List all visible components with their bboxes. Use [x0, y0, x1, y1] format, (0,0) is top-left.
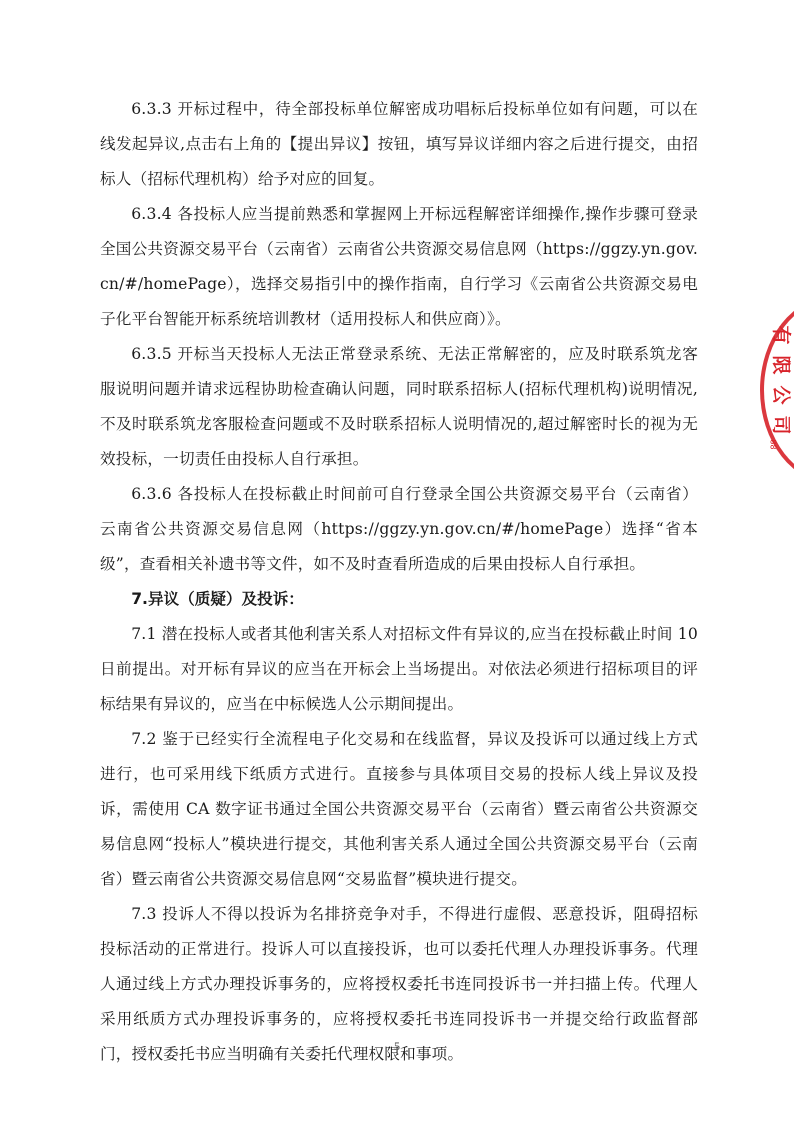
page-number: 5 — [0, 1039, 794, 1054]
document-page: 6.3.3 开标过程中，待全部投标单位解密成功唱标后投标单位如有问题，可以在线发… — [0, 0, 794, 1123]
seal-glyph: 有 — [766, 322, 794, 348]
seal-glyph: 限 — [766, 352, 794, 378]
paragraph-7-2: 7.2 鉴于已经实行全流程电子化交易和在线监督，异议及投诉可以通过线上方式进行，… — [100, 722, 698, 897]
paragraph-6-3-5: 6.3.5 开标当天投标人无法正常登录系统、无法正常解密的，应及时联系筑龙客服说… — [100, 337, 698, 477]
seal-glyph: 公 — [766, 382, 794, 408]
paragraph-6-3-3: 6.3.3 开标过程中，待全部投标单位解密成功唱标后投标单位如有问题，可以在线发… — [100, 92, 698, 197]
paragraph-6-3-4: 6.3.4 各投标人应当提前熟悉和掌握网上开标远程解密详细操作,操作步骤可登录全… — [100, 197, 698, 337]
seal-glyph: 司 — [766, 412, 794, 438]
section-7-heading: 7.异议（质疑）及投诉： — [100, 582, 698, 617]
paragraph-7-1: 7.1 潜在投标人或者其他利害关系人对招标文件有异议的,应当在投标截止时间 10… — [100, 617, 698, 722]
document-body: 6.3.3 开标过程中，待全部投标单位解密成功唱标后投标单位如有问题，可以在线发… — [100, 92, 698, 1072]
seal-code: 88 — [769, 439, 778, 449]
paragraph-6-3-6: 6.3.6 各投标人在投标截止时间前可自行登录全国公共资源交易平台（云南省）云南… — [100, 477, 698, 582]
